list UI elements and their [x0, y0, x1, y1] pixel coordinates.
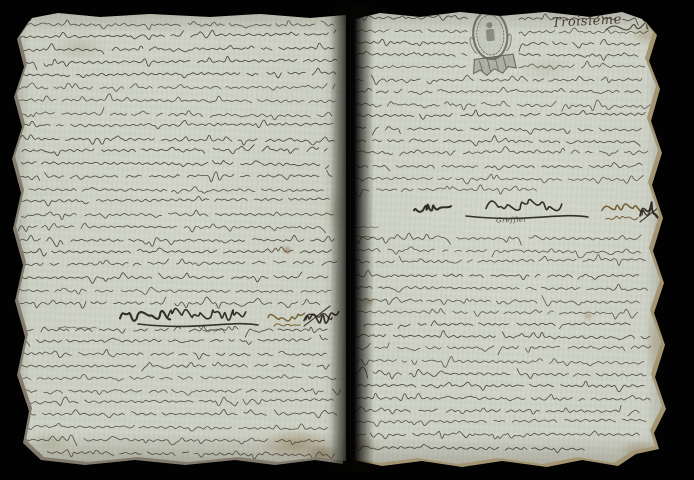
handwriting-stroke [138, 324, 258, 327]
handwriting-stroke [355, 393, 651, 400]
handwriting-stroke [20, 435, 325, 446]
annotation-flourish-icon [604, 16, 650, 42]
handwriting-stroke [354, 136, 640, 146]
handwriting-stroke [414, 205, 451, 212]
handwriting-stroke [21, 43, 334, 53]
handwriting-stroke [20, 20, 334, 29]
handwriting-stroke [20, 287, 331, 294]
handwriting-stroke [352, 284, 647, 292]
handwriting-stroke [19, 196, 329, 206]
handwriting-stroke [602, 204, 643, 212]
handwriting-stroke [351, 343, 651, 355]
handwriting-stroke [23, 326, 328, 337]
handwriting-stroke [352, 226, 378, 228]
handwriting-stroke [351, 185, 536, 197]
handwriting-stroke [353, 331, 650, 340]
handwriting-stroke [22, 397, 333, 406]
handwriting-stroke [120, 311, 170, 321]
handwriting-stroke [350, 163, 642, 171]
left-page [10, 12, 346, 464]
handwriting-stroke [21, 409, 337, 417]
manuscript-register-photo: Troisieme Greffier [0, 0, 694, 480]
handwriting-stroke [19, 107, 331, 119]
handwriting-stroke [350, 405, 639, 416]
handwriting-stroke [20, 388, 340, 395]
handwriting-stroke [24, 450, 335, 460]
handwriting-stroke [274, 324, 300, 326]
handwriting-stroke [351, 174, 644, 184]
handwriting-stroke [18, 120, 334, 129]
handwriting-stroke [352, 147, 648, 156]
handwriting-stroke [21, 362, 330, 370]
handwriting-stroke [20, 30, 336, 40]
handwriting-stroke [352, 236, 372, 237]
handwriting-stroke [354, 309, 638, 319]
right-page: Troisieme Greffier [350, 10, 668, 466]
handwriting-stroke [21, 272, 328, 283]
handwriting-stroke [21, 335, 328, 346]
handwriting-stroke [351, 296, 639, 306]
handwriting-stroke [18, 83, 335, 91]
handwriting-stroke [18, 223, 325, 232]
handwriting-stroke [353, 444, 584, 452]
tax-stamp-icon [456, 8, 526, 82]
handwriting-stroke [354, 110, 646, 119]
handwriting-stroke [22, 247, 332, 256]
handwriting-stroke [353, 367, 646, 379]
handwriting-stroke [19, 94, 335, 103]
handwriting-stroke [18, 187, 323, 194]
handwriting-stroke [350, 127, 641, 136]
handwriting-stroke [21, 160, 329, 168]
handwriting-stroke [353, 87, 641, 94]
handwriting-stroke [354, 247, 641, 258]
handwriting-stroke [22, 374, 336, 381]
handwriting-stroke [486, 200, 562, 211]
handwriting-stroke [351, 381, 644, 392]
handwriting-stroke [354, 419, 646, 426]
handwriting-stroke [23, 423, 327, 431]
handwriting-stroke [20, 56, 337, 69]
handwriting-stroke [268, 313, 305, 321]
handwriting-stroke [20, 259, 337, 266]
handwriting-stroke [351, 356, 643, 367]
handwriting-stroke [23, 349, 326, 359]
handwriting-stroke [20, 297, 320, 308]
handwriting-stroke [353, 233, 641, 245]
left-page-handwriting [10, 12, 346, 464]
handwriting-stroke [21, 68, 336, 78]
handwriting-stroke [20, 135, 335, 145]
handwriting-stroke [352, 255, 646, 266]
handwriting-stroke [19, 170, 332, 182]
handwriting-stroke [19, 235, 334, 246]
handwriting-stroke [22, 145, 327, 156]
handwriting-stroke [351, 321, 630, 329]
handwriting-stroke [22, 210, 334, 220]
clerk-caption: Greffier [496, 215, 527, 224]
handwriting-stroke [606, 216, 638, 219]
handwriting-stroke [58, 327, 97, 329]
handwriting-stroke [353, 431, 639, 439]
handwriting-stroke [351, 100, 650, 111]
handwriting-stroke [168, 309, 246, 321]
handwriting-stroke [350, 270, 639, 280]
